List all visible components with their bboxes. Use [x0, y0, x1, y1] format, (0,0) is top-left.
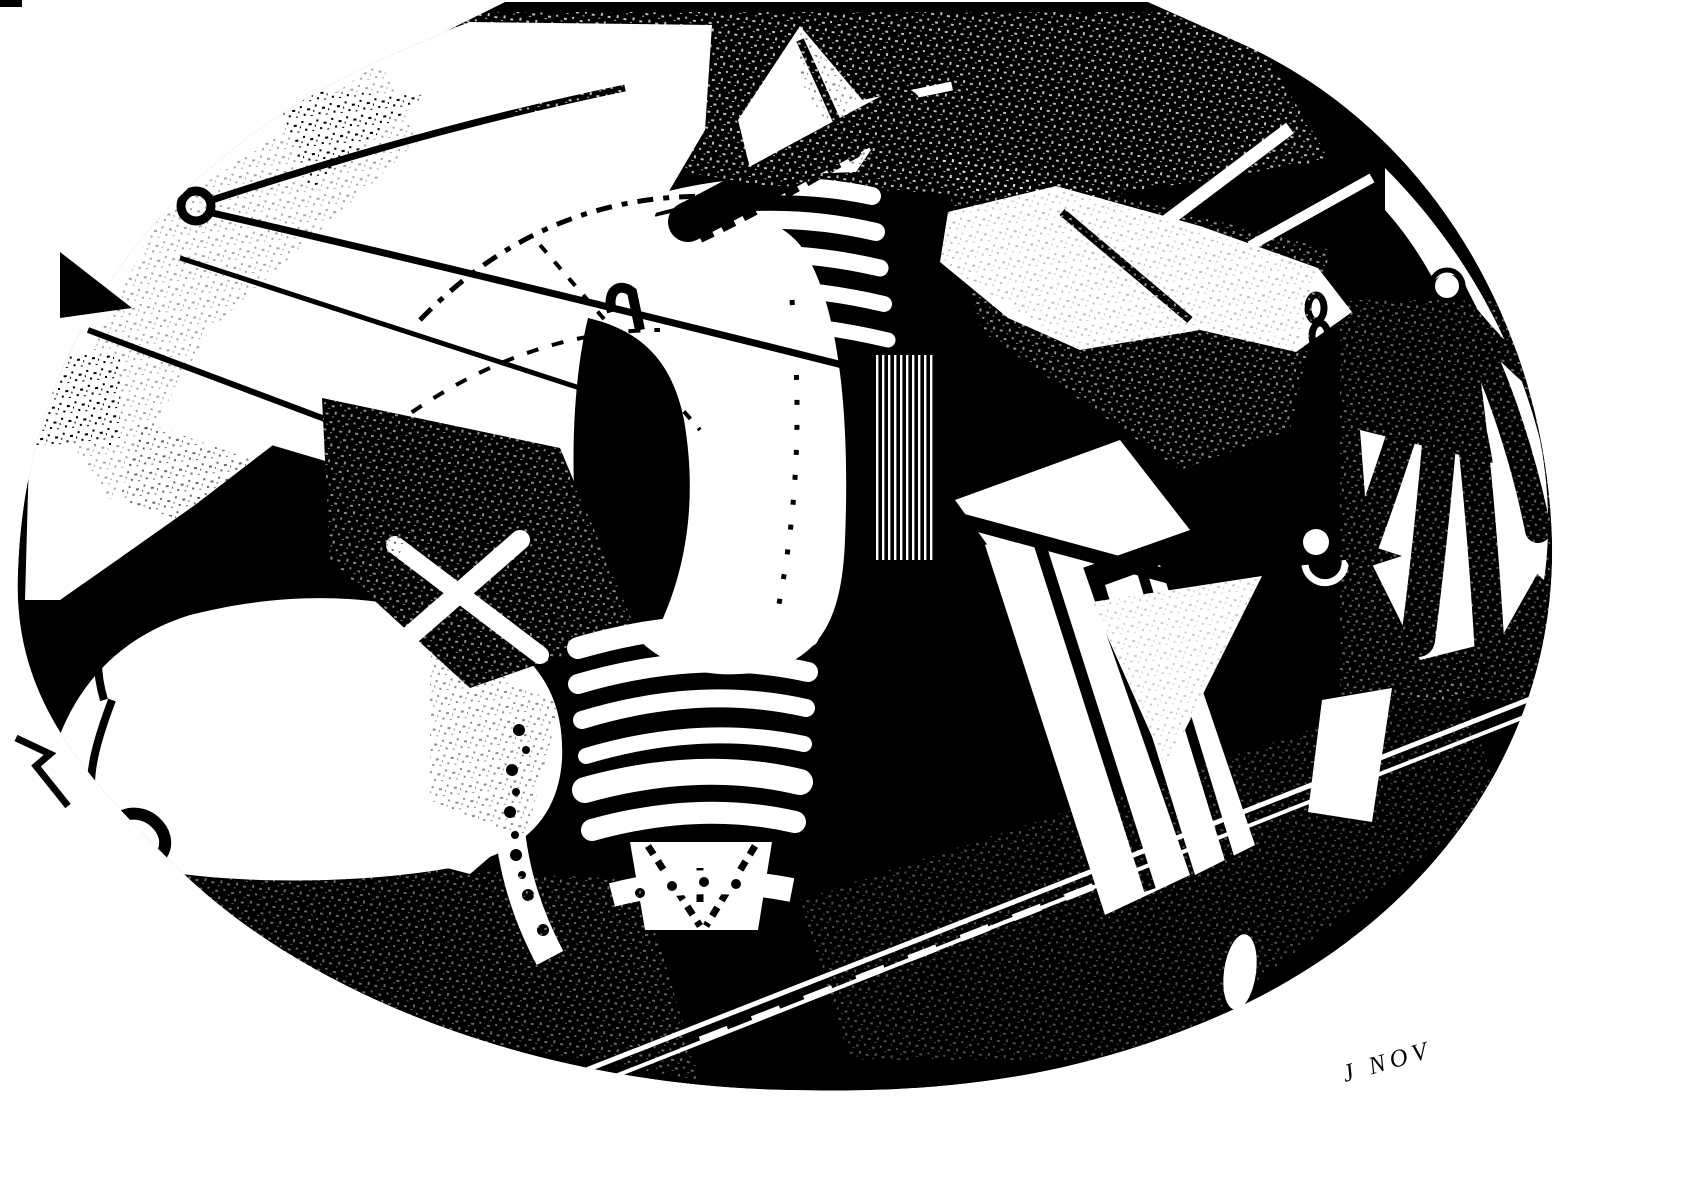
engraving-figure: J NOV — [0, 0, 1698, 1180]
vertical-hatch — [874, 355, 936, 560]
flail-glint — [1303, 529, 1329, 555]
corner-dash — [0, 0, 22, 7]
engraving-canvas: J NOV — [0, 0, 1698, 1180]
plume-knot — [1435, 274, 1459, 298]
